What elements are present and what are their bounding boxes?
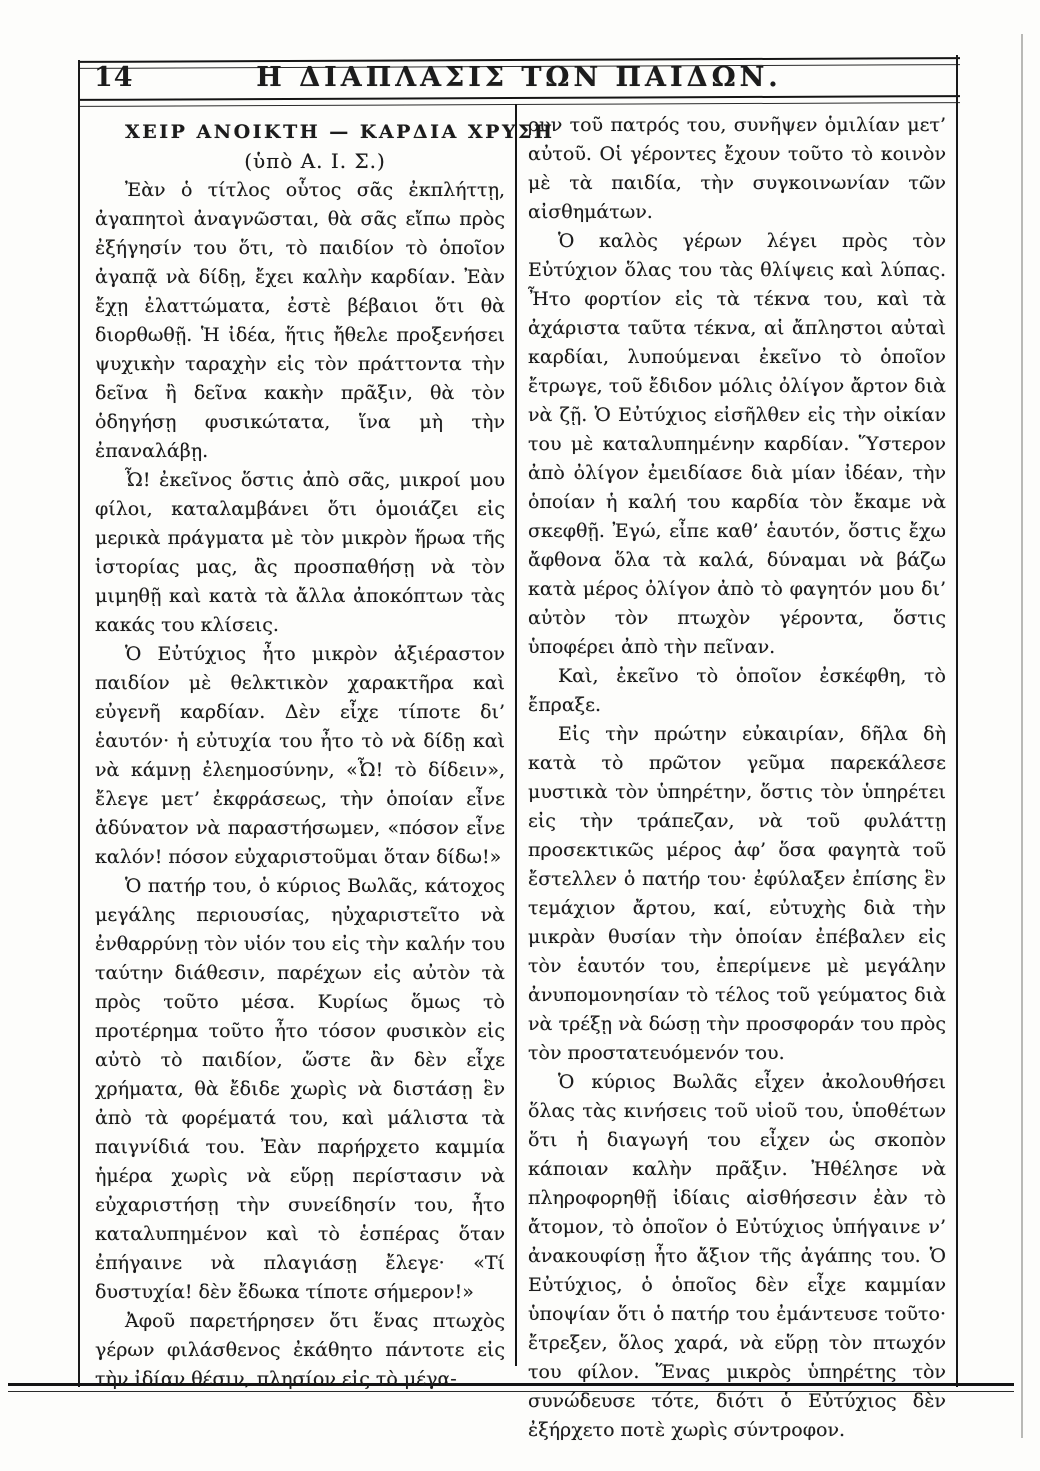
left-paragraph-1: Ἐὰν ὁ τίτλος οὗτος σᾶς ἐκπλήττῃ, ἀγαπητο… (95, 176, 505, 466)
left-paragraph-2: Ὦ! ἐκεῖνος ὅστις ἀπὸ σᾶς, μικροί μου φίλ… (95, 466, 505, 640)
left-paragraph-3: Ὁ Εὐτύχιος ἦτο μικρὸν ἀξιέραστον παιδίον… (95, 640, 505, 872)
right-paragraph-3: Καὶ, ἐκεῖνο τὸ ὁποῖον ἐσκέφθη, τὸ ἔπραξε… (528, 662, 946, 720)
frame-right-border (956, 55, 958, 1387)
column-divider-rule (515, 104, 517, 1366)
left-column: ΧΕΙΡ ΑΝΟΙΚΤΗ — ΚΑΡΔΙΑ ΧΡΥΣΗ (ὑπὸ Α. Ι. Σ… (95, 118, 505, 1394)
frame-left-border (78, 60, 80, 1387)
scanned-magazine-page: 14 Η ΔΙΑΠΛΑΣΙΣ ΤΩΝ ΠΑΙΔΩΝ. ΧΕΙΡ ΑΝΟΙΚΤΗ … (0, 0, 1040, 1471)
scan-edge-artifact (1021, 34, 1023, 1438)
article-byline: (ὑπὸ Α. Ι. Σ.) (95, 147, 505, 176)
left-paragraph-4: Ὁ πατήρ του, ὁ κύριος Βωλᾶς, κάτοχος μεγ… (95, 872, 505, 1307)
right-paragraph-4: Εἰς τὴν πρώτην εὐκαιρίαν, δῆλα δὴ κατὰ τ… (528, 720, 946, 1068)
right-paragraph-1: ρυν τοῦ πατρός του, συνῆψεν ὁμιλίαν μετ’… (528, 111, 946, 227)
right-column: ρυν τοῦ πατρός του, συνῆψεν ὁμιλίαν μετ’… (528, 111, 946, 1445)
right-paragraph-5: Ὁ κύριος Βωλᾶς εἶχεν ἀκολουθήσει ὅλας τὰ… (528, 1068, 946, 1445)
right-paragraph-2: Ὁ καλὸς γέρων λέγει πρὸς τὸν Εὐτύχιον ὅλ… (528, 227, 946, 662)
left-paragraph-5: Ἀφοῦ παρετήρησεν ὅτι ἕνας πτωχὸς γέρων φ… (95, 1307, 505, 1394)
article-title: ΧΕΙΡ ΑΝΟΙΚΤΗ — ΚΑΡΔΙΑ ΧΡΥΣΗ (95, 118, 505, 147)
header-bottom-rule (78, 95, 960, 107)
masthead-title: Η ΔΙΑΠΛΑΣΙΣ ΤΩΝ ΠΑΙΔΩΝ. (78, 62, 960, 93)
